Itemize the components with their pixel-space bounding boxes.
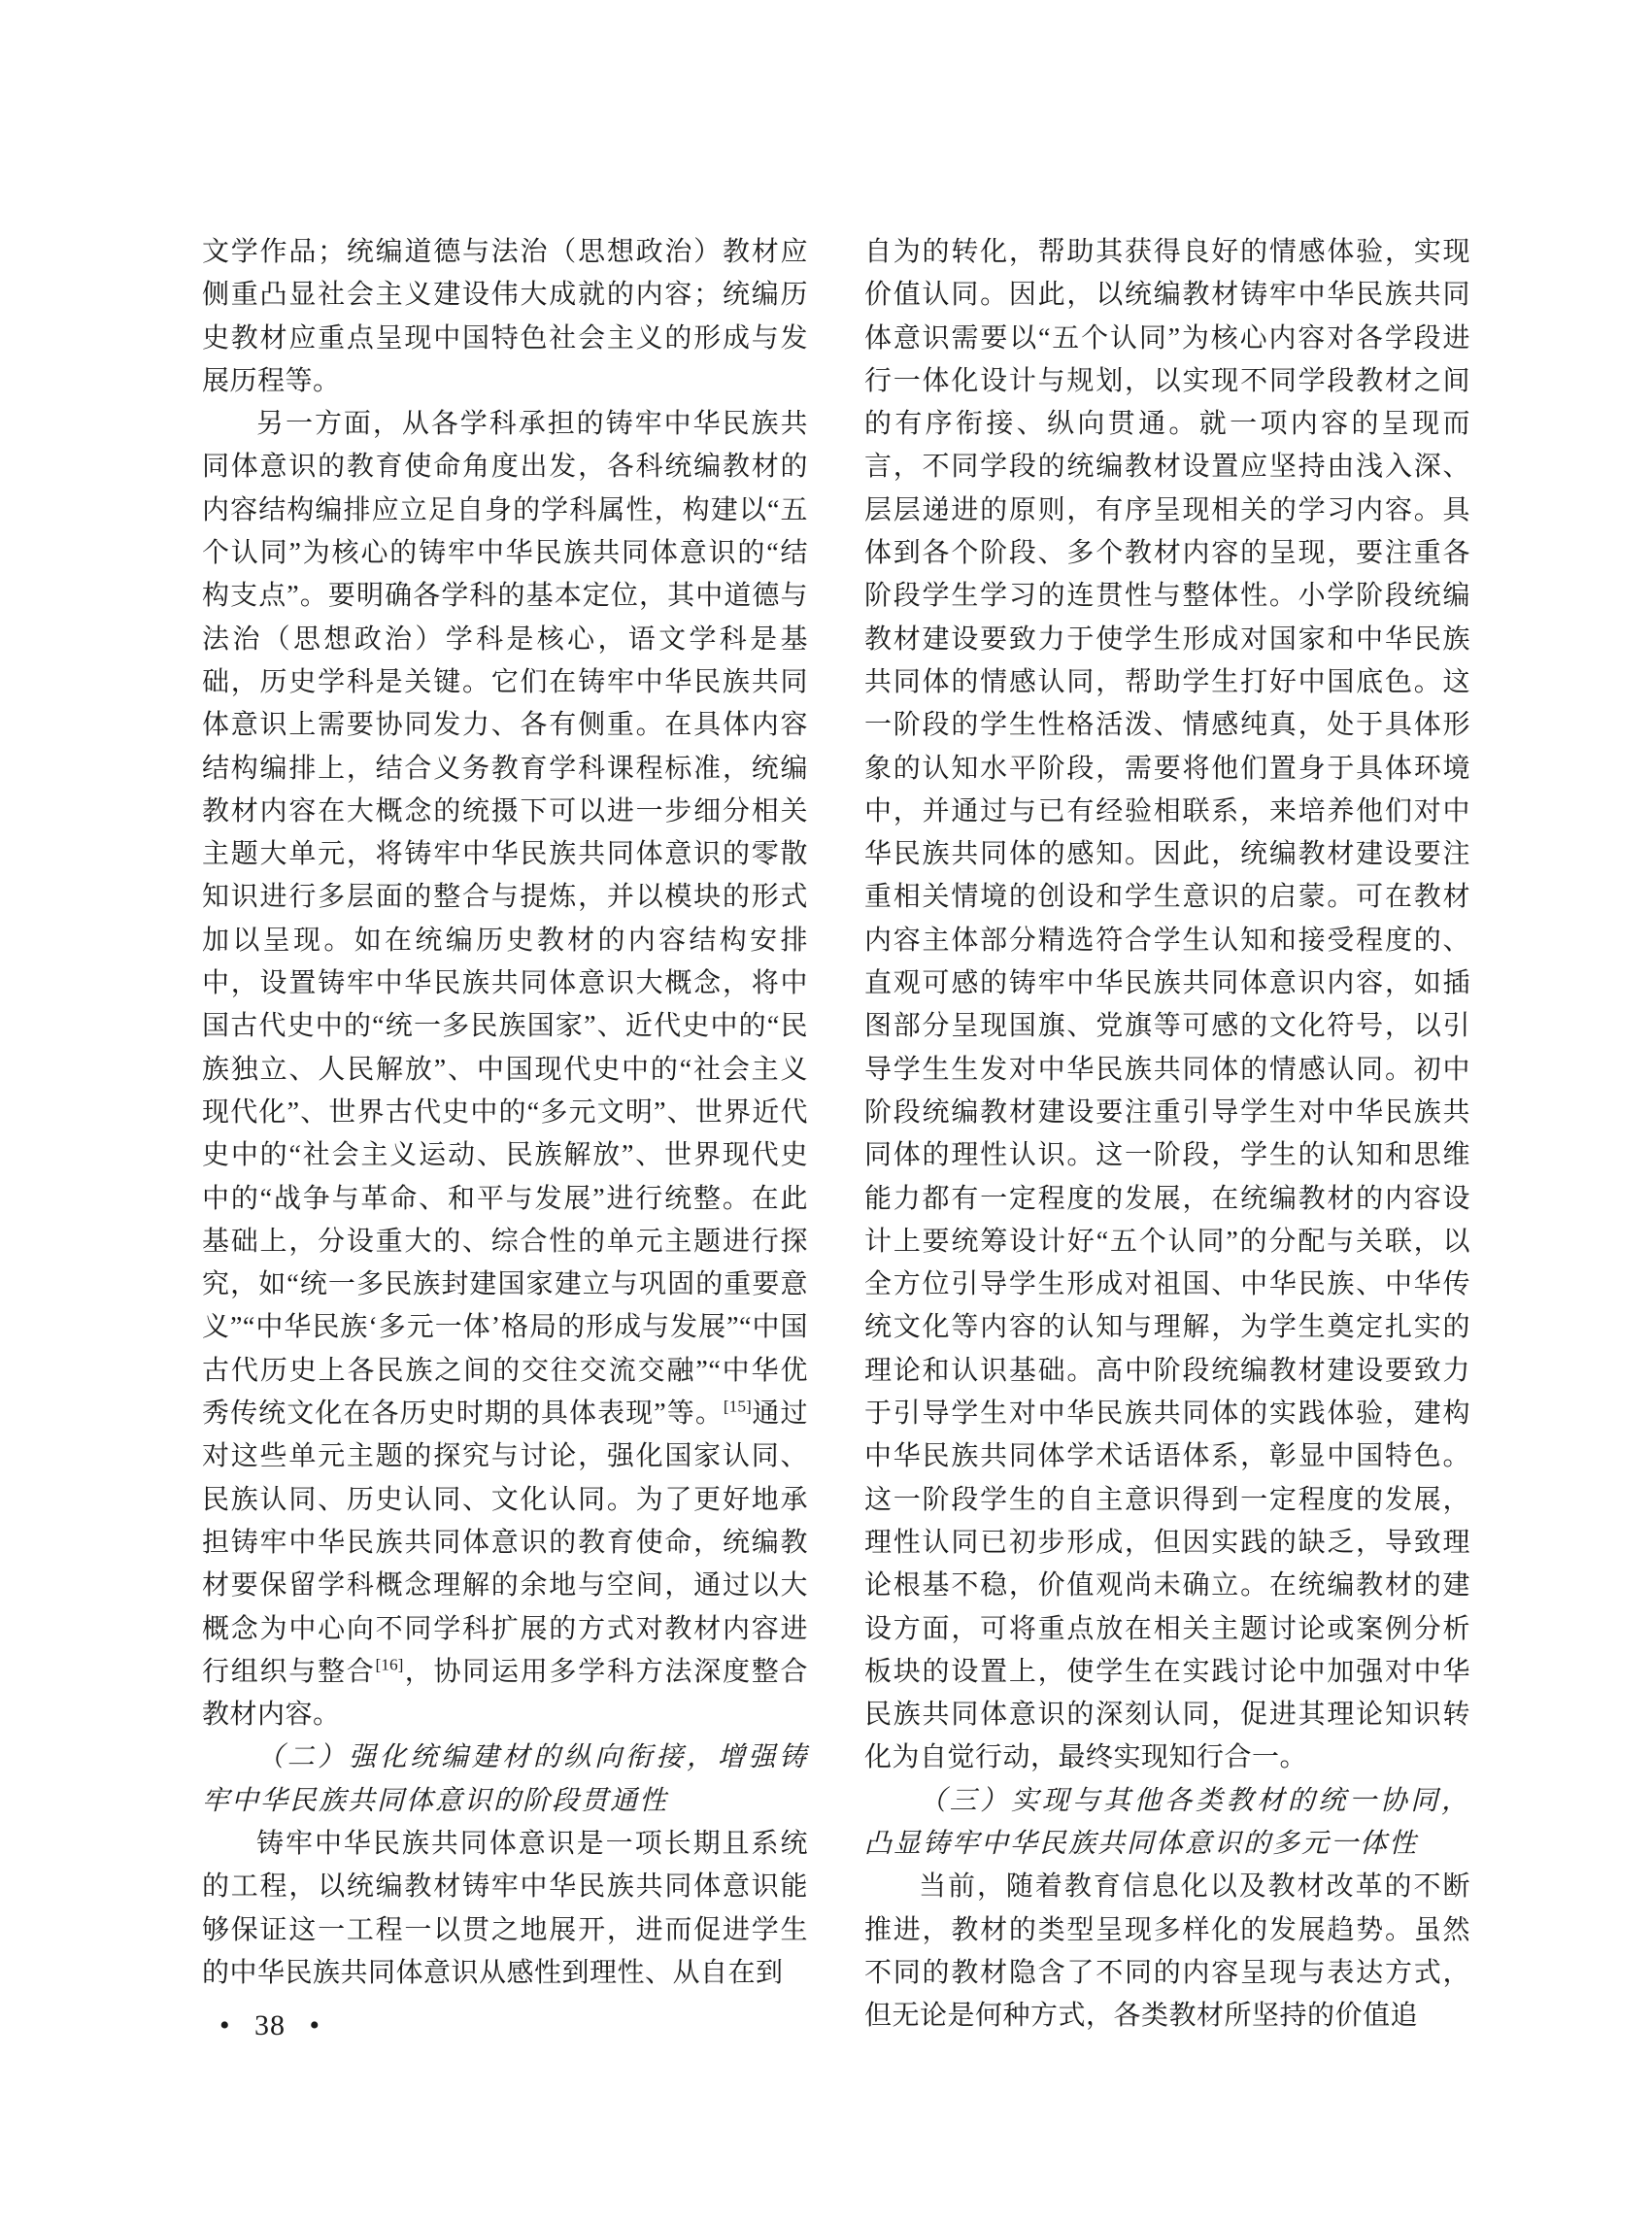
column-left: 文学作品；统编道德与法治（思想政治）教材应侧重凸显社会主义建设伟大成就的内容；统…	[202, 231, 808, 1995]
section-heading: （三）实现与其他各类教材的统一协同，凸显铸牢中华民族共同体意识的多元一体性	[864, 1780, 1470, 1867]
paragraph: 自为的转化，帮助其获得良好的情感体验，实现价值认同。因此，以统编教材铸牢中华民族…	[864, 231, 1470, 1780]
paragraph: 铸牢中华民族共同体意识是一项长期且系统的工程，以统编教材铸牢中华民族共同体意识能…	[202, 1823, 808, 1995]
paragraph: 文学作品；统编道德与法治（思想政治）教材应侧重凸显社会主义建设伟大成就的内容；统…	[202, 231, 808, 403]
page-number: • 38 •	[219, 2005, 320, 2047]
paper-page: 文学作品；统编道德与法治（思想政治）教材应侧重凸显社会主义建设伟大成就的内容；统…	[0, 0, 1652, 2225]
column-right: 自为的转化，帮助其获得良好的情感体验，实现价值认同。因此，以统编教材铸牢中华民族…	[864, 231, 1470, 2038]
paragraph: 当前，随着教育信息化以及教材改革的不断推进，教材的类型呈现多样化的发展趋势。虽然…	[864, 1866, 1470, 2038]
paragraph: 另一方面，从各学科承担的铸牢中华民族共同体意识的教育使命角度出发，各科统编教材的…	[202, 403, 808, 1736]
footnote-reference: [15]	[724, 1398, 752, 1416]
footnote-reference: [16]	[376, 1655, 404, 1673]
section-heading: （二）强化统编建材的纵向衔接，增强铸牢中华民族共同体意识的阶段贯通性	[202, 1736, 808, 1823]
